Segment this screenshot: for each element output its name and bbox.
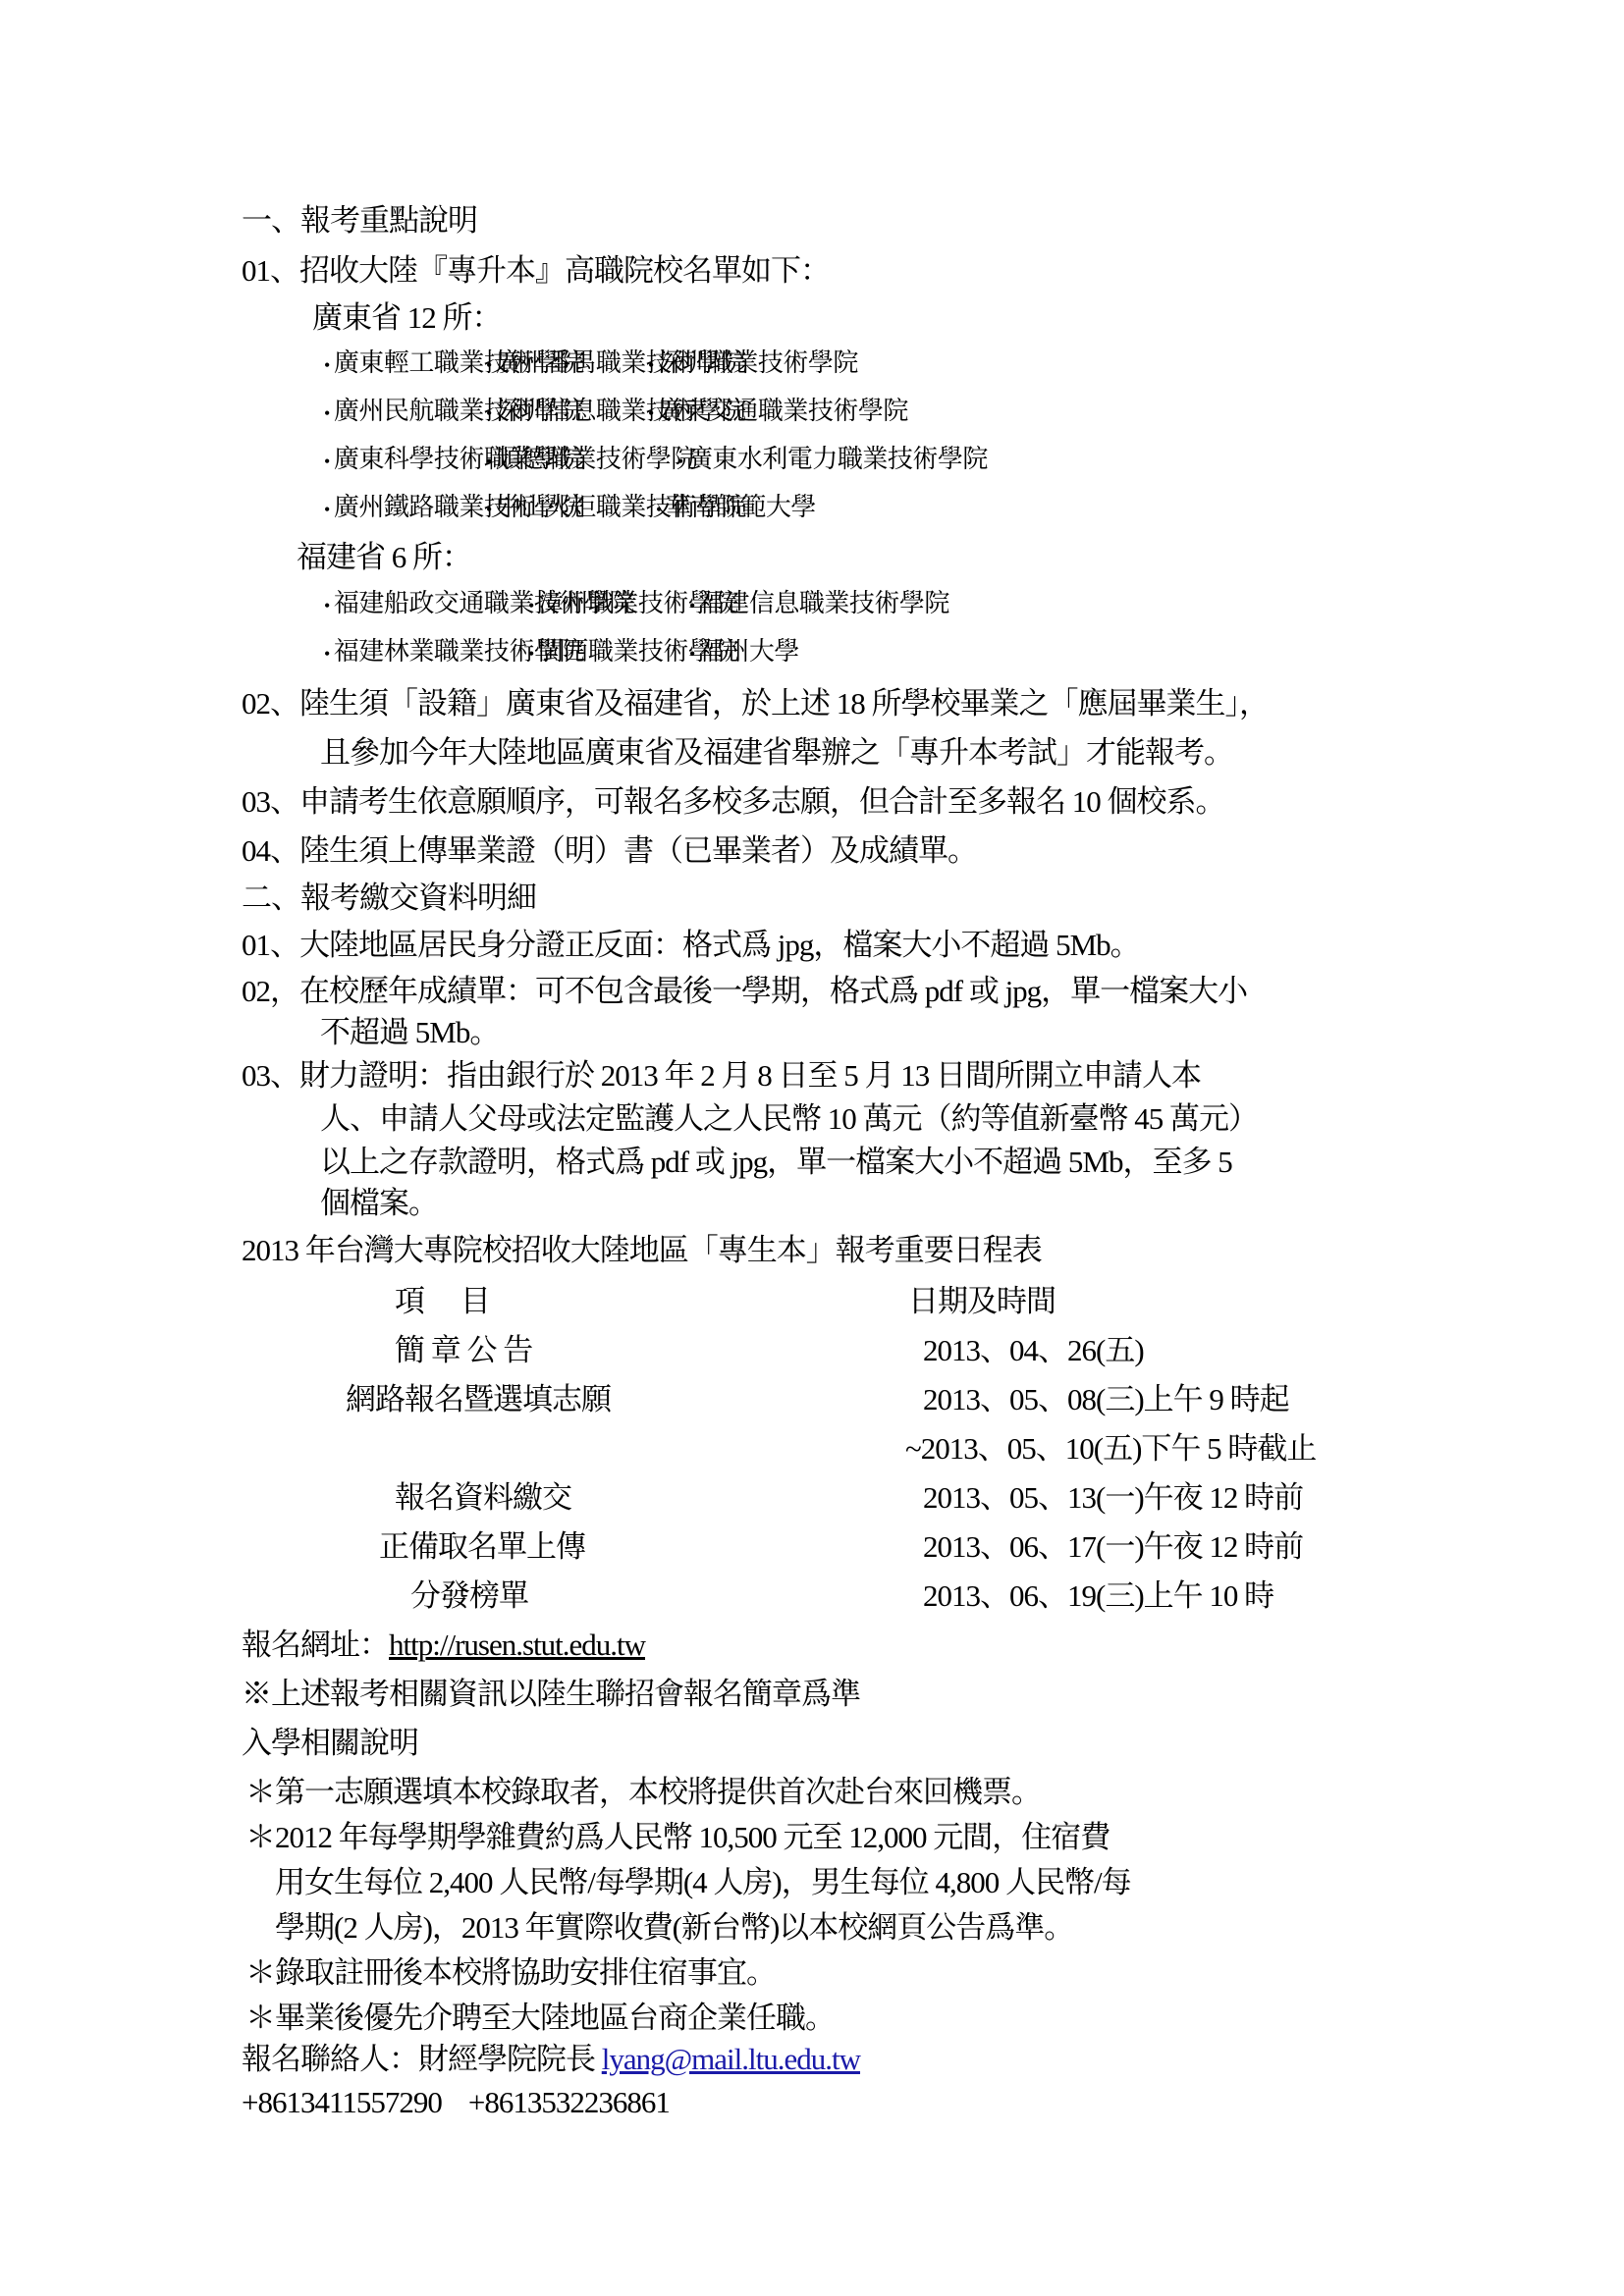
schedule-row-item: 報名資料繳交 <box>395 1478 571 1518</box>
schedule-row-item: 網路報名暨選填志願 <box>346 1380 611 1419</box>
school-item: 福建信息職業技術學院 <box>689 587 949 622</box>
schedule-row-item: 正備取名單上傳 <box>379 1527 585 1567</box>
registration-label: 報名網址： <box>242 1628 389 1662</box>
section1-item03: 03、申請考生依意願順序，可報名多校多志願，但合計至多報名 10 個校系。 <box>242 782 1225 822</box>
section1-item02-line1: 02、陸生須「設籍」廣東省及福建省，於上述 18 所學校畢業之「應屆畢業生」， <box>242 684 1269 723</box>
section2-item01: 01、大陸地區居民身分證正反面：格式爲 jpg，檔案大小不超過 5Mb。 <box>242 926 1140 965</box>
admission-note: 學期(2 人房)，2013 年實際收費(新台幣)以本校網頁公告爲準。 <box>275 1908 1073 1948</box>
school-item: 福州大學 <box>689 635 799 670</box>
schedule-row-item: 分發榜單 <box>410 1576 528 1616</box>
section2-item03-line4: 個檔案。 <box>320 1184 438 1223</box>
registration-note: ※上述報考相關資訊以陸生聯招會報名簡章爲準 <box>242 1675 860 1714</box>
school-item: 廣東交通職業技術學院 <box>648 395 908 430</box>
school-item: 廣東水利電力職業技術學院 <box>677 443 988 478</box>
school-item: 順德職業技術學院 <box>486 443 696 478</box>
section2-item03-line3: 以上之存款證明，格式爲 pdf 或 jpg，單一檔案大小不超過 5Mb，至多 5 <box>320 1143 1232 1182</box>
section1-item02-line2: 且參加今年大陸地區廣東省及福建省舉辦之「專升本考試」才能報考。 <box>320 733 1233 773</box>
fujian-label: 福建省 6 所： <box>297 538 471 577</box>
contact-email-link[interactable]: lyang@mail.ltu.edu.tw <box>602 2042 860 2076</box>
admission-note: ＊2012 年每學期學雜費約爲人民幣 10,500 元至 12,000 元間，住… <box>245 1818 1110 1857</box>
admission-heading: 入學相關說明 <box>242 1724 418 1763</box>
contact-label: 報名聯絡人：財經學院院長 <box>242 2042 602 2076</box>
admission-note: ＊畢業後優先介聘至大陸地區台商企業任職。 <box>245 1999 835 2038</box>
section2-item03-line2: 人、申請人父母或法定監護人之人民幣 10 萬元（約等值新臺幣 45 萬元） <box>320 1099 1258 1139</box>
section1-item04: 04、陸生須上傳畢業證（明）書（已畢業者）及成績單。 <box>242 831 977 871</box>
section2-heading: 二、報考繳交資料明細 <box>242 879 536 918</box>
section1-heading: 一、報考重點說明 <box>242 201 477 240</box>
admission-note: ＊錄取註冊後本校將協助安排住宿事宜。 <box>245 1953 776 1993</box>
section1-item01: 01、招收大陸『專升本』高職院校名單如下： <box>242 251 830 291</box>
schedule-title: 2013 年台灣大專院校招收大陸地區「專生本」報考重要日程表 <box>242 1231 1042 1270</box>
schedule-row-date: 2013、04、26(五) <box>923 1331 1144 1370</box>
schedule-row-date: 2013、05、13(一)午夜 12 時前 <box>923 1478 1303 1518</box>
admission-note: 用女生每位 2,400 人民幣/每學期(4 人房)，男生每位 4,800 人民幣… <box>275 1863 1131 1902</box>
schedule-row-date: ~2013、05、10(五)下午 5 時截止 <box>905 1429 1316 1468</box>
schedule-row-date: 2013、06、17(一)午夜 12 時前 <box>923 1527 1303 1567</box>
school-item: 華南師範大學 <box>656 491 816 526</box>
section2-item02-line2: 不超過 5Mb。 <box>320 1013 499 1052</box>
schedule-header-date: 日期及時間 <box>908 1282 1056 1321</box>
school-item: 深圳職業技術學院 <box>648 347 858 382</box>
guangdong-label: 廣東省 12 所： <box>312 298 502 338</box>
schedule-row-date: 2013、06、19(三)上午 10 時 <box>923 1576 1273 1616</box>
admission-note: ＊第一志願選填本校錄取者，本校將提供首次赴台來回機票。 <box>245 1773 1041 1812</box>
section2-item03-line1: 03、財力證明：指由銀行於 2013 年 2 月 8 日至 5 月 13 日間所… <box>242 1056 1201 1095</box>
schedule-header-item: 項 目 <box>395 1282 490 1321</box>
section2-item02-line1: 02，在校歷年成績單：可不包含最後一學期，格式爲 pdf 或 jpg，單一檔案大… <box>242 972 1247 1011</box>
registration-line: 報名網址：http://rusen.stut.edu.tw <box>242 1626 645 1665</box>
contact-line: 報名聯絡人：財經學院院長 lyang@mail.ltu.edu.tw <box>242 2040 860 2079</box>
schedule-row-date: 2013、05、08(三)上午 9 時起 <box>923 1380 1289 1419</box>
registration-url-link[interactable]: http://rusen.stut.edu.tw <box>389 1628 645 1662</box>
schedule-row-item: 簡 章 公 告 <box>395 1331 532 1370</box>
contact-phones: +8613411557290 +8613532236861 <box>242 2083 670 2122</box>
